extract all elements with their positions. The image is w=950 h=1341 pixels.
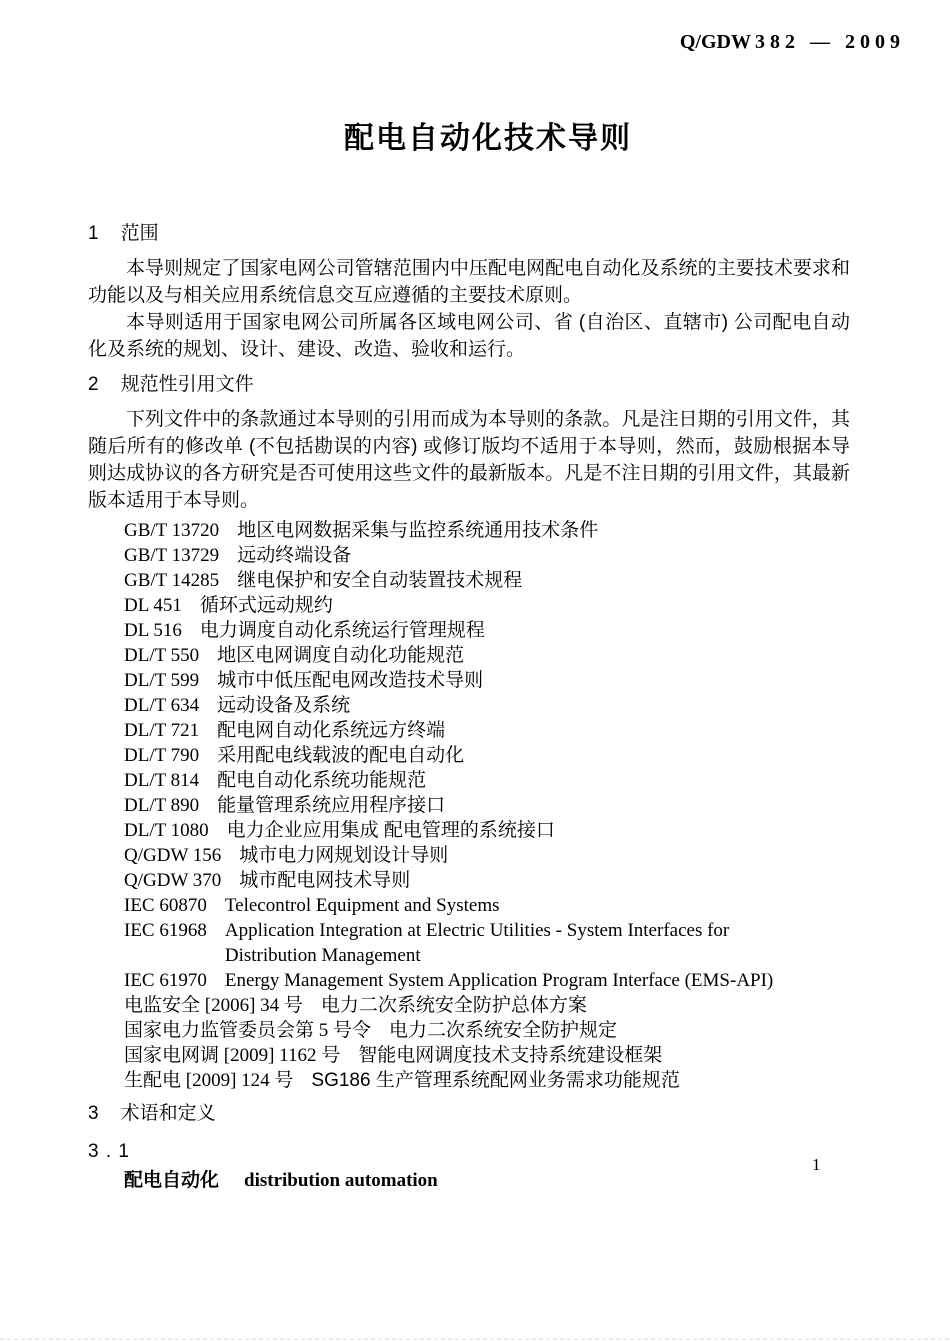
reference-title: 电力调度自动化系统运行管理规程 — [200, 618, 485, 643]
reference-code: 生配电 [2009] 124 号 — [124, 1068, 293, 1093]
reference-title: SG186 生产管理系统配网业务需求功能规范 — [311, 1068, 679, 1093]
term-definition-line: 配电自动化distribution automation — [88, 1167, 850, 1194]
section-1-paragraph-1: 本导则规定了国家电网公司管辖范围内中压配电网配电自动化及系统的主要技术要求和功能… — [88, 255, 850, 309]
reference-code: IEC 60870 — [124, 893, 207, 918]
document-page: Q/GDW382 — 2009 配电自动化技术导则 1范围 本导则规定了国家电网… — [0, 0, 950, 1341]
reference-item: 国家电力监管委员会第 5 号令 电力二次系统安全防护规定 — [124, 1018, 850, 1043]
reference-code: DL/T 721 — [124, 718, 199, 743]
reference-code: DL/T 890 — [124, 793, 199, 818]
reference-item: Q/GDW 156 城市电力网规划设计导则 — [124, 843, 850, 868]
reference-code: DL/T 599 — [124, 668, 199, 693]
reference-item: Q/GDW 370 城市配电网技术导则 — [124, 868, 850, 893]
reference-title: 电力企业应用集成 配电管理的系统接口 — [227, 818, 555, 843]
reference-item: DL/T 790 采用配电线载波的配电自动化 — [124, 743, 850, 768]
reference-code: 电监安全 [2006] 34 号 — [124, 993, 303, 1018]
reference-code: 国家电力监管委员会第 5 号令 — [124, 1018, 371, 1043]
reference-code: IEC 61968 — [124, 918, 207, 943]
reference-item: DL 516 电力调度自动化系统运行管理规程 — [124, 618, 850, 643]
section-1-title: 范围 — [121, 223, 159, 244]
normative-references-list: GB/T 13720 地区电网数据采集与监控系统通用技术条件 GB/T 1372… — [88, 518, 850, 1093]
section-3-number: 3 — [88, 1100, 99, 1127]
standard-code-header: Q/GDW382 — 2009 — [680, 31, 905, 53]
reference-code: IEC 61970 — [124, 968, 207, 993]
reference-title: 地区电网调度自动化功能规范 — [217, 643, 464, 668]
section-3-heading: 3术语和定义 — [88, 1100, 850, 1127]
reference-title: 继电保护和安全自动装置技术规程 — [237, 568, 522, 593]
reference-item: DL/T 599 城市中低压配电网改造技术导则 — [124, 668, 850, 693]
document-title: 配电自动化技术导则 — [126, 0, 850, 159]
reference-item: GB/T 14285 继电保护和安全自动装置技术规程 — [124, 568, 850, 593]
reference-code: GB/T 13729 — [124, 543, 219, 568]
term-english: distribution automation — [244, 1170, 438, 1191]
reference-item: IEC 61968 Application Integration at Ele… — [124, 918, 850, 968]
reference-title: 电力二次系统安全防护规定 — [389, 1018, 617, 1043]
scan-artifact-line — [0, 1338, 950, 1340]
reference-item: DL 451 循环式远动规约 — [124, 593, 850, 618]
reference-item: GB/T 13729 远动终端设备 — [124, 543, 850, 568]
reference-title: 智能电网调度技术支持系统建设框架 — [358, 1043, 662, 1068]
reference-code: Q/GDW 156 — [124, 843, 221, 868]
section-2-title: 规范性引用文件 — [121, 374, 254, 395]
section-3-title: 术语和定义 — [121, 1103, 216, 1124]
reference-code: DL 516 — [124, 618, 182, 643]
reference-code: DL/T 550 — [124, 643, 199, 668]
reference-title: 能量管理系统应用程序接口 — [217, 793, 445, 818]
page-content: 配电自动化技术导则 1范围 本导则规定了国家电网公司管辖范围内中压配电网配电自动… — [0, 0, 950, 1194]
reference-item: DL/T 814 配电自动化系统功能规范 — [124, 768, 850, 793]
reference-title: 远动终端设备 — [237, 543, 351, 568]
reference-item: DL/T 1080 电力企业应用集成 配电管理的系统接口 — [124, 818, 850, 843]
standard-number: 382 — 2009 — [755, 31, 905, 53]
reference-title: 远动设备及系统 — [217, 693, 350, 718]
section-1-heading: 1范围 — [88, 220, 850, 247]
reference-title: 城市中低压配电网改造技术导则 — [217, 668, 483, 693]
reference-item: DL/T 721 配电网自动化系统远方终端 — [124, 718, 850, 743]
reference-code: Q/GDW 370 — [124, 868, 221, 893]
section-2-heading: 2规范性引用文件 — [88, 371, 850, 398]
reference-title: Energy Management System Application Pro… — [225, 968, 773, 993]
reference-title: 城市配电网技术导则 — [239, 868, 410, 893]
section-2-number: 2 — [88, 371, 99, 398]
reference-title: 采用配电线载波的配电自动化 — [217, 743, 464, 768]
reference-title: Application Integration at Electric Util… — [225, 918, 800, 968]
standard-prefix: Q/GDW — [680, 31, 751, 53]
section-1-paragraph-2: 本导则适用于国家电网公司所属各区域电网公司、省 (自治区、直辖市) 公司配电自动… — [88, 309, 850, 363]
reference-title: 地区电网数据采集与监控系统通用技术条件 — [237, 518, 598, 543]
page-number: 1 — [812, 1155, 821, 1175]
reference-code: GB/T 13720 — [124, 518, 219, 543]
reference-item: GB/T 13720 地区电网数据采集与监控系统通用技术条件 — [124, 518, 850, 543]
clause-3-1-number: 3 . 1 — [88, 1138, 850, 1165]
reference-item: 国家电网调 [2009] 1162 号 智能电网调度技术支持系统建设框架 — [124, 1043, 850, 1068]
reference-title: 电力二次系统安全防护总体方案 — [321, 993, 587, 1018]
reference-title: Telecontrol Equipment and Systems — [225, 893, 500, 918]
reference-title: 城市电力网规划设计导则 — [239, 843, 448, 868]
reference-item: DL/T 550 地区电网调度自动化功能规范 — [124, 643, 850, 668]
reference-item: DL/T 890 能量管理系统应用程序接口 — [124, 793, 850, 818]
reference-code: DL 451 — [124, 593, 182, 618]
reference-item: 生配电 [2009] 124 号 SG186 生产管理系统配网业务需求功能规范 — [124, 1068, 850, 1093]
reference-code: 国家电网调 [2009] 1162 号 — [124, 1043, 340, 1068]
reference-code: DL/T 634 — [124, 693, 199, 718]
reference-title: 配电自动化系统功能规范 — [217, 768, 426, 793]
reference-item: IEC 60870 Telecontrol Equipment and Syst… — [124, 893, 850, 918]
reference-title: 配电网自动化系统远方终端 — [217, 718, 445, 743]
reference-code: DL/T 790 — [124, 743, 199, 768]
reference-code: GB/T 14285 — [124, 568, 219, 593]
reference-item: IEC 61970 Energy Management System Appli… — [124, 968, 850, 993]
reference-code: DL/T 1080 — [124, 818, 209, 843]
term-chinese: 配电自动化 — [124, 1170, 219, 1191]
reference-item: DL/T 634 远动设备及系统 — [124, 693, 850, 718]
section-2-intro: 下列文件中的条款通过本导则的引用而成为本导则的条款。凡是注日期的引用文件，其随后… — [88, 406, 850, 514]
section-1-number: 1 — [88, 220, 99, 247]
reference-item: 电监安全 [2006] 34 号 电力二次系统安全防护总体方案 — [124, 993, 850, 1018]
reference-code: DL/T 814 — [124, 768, 199, 793]
reference-title: 循环式远动规约 — [200, 593, 333, 618]
